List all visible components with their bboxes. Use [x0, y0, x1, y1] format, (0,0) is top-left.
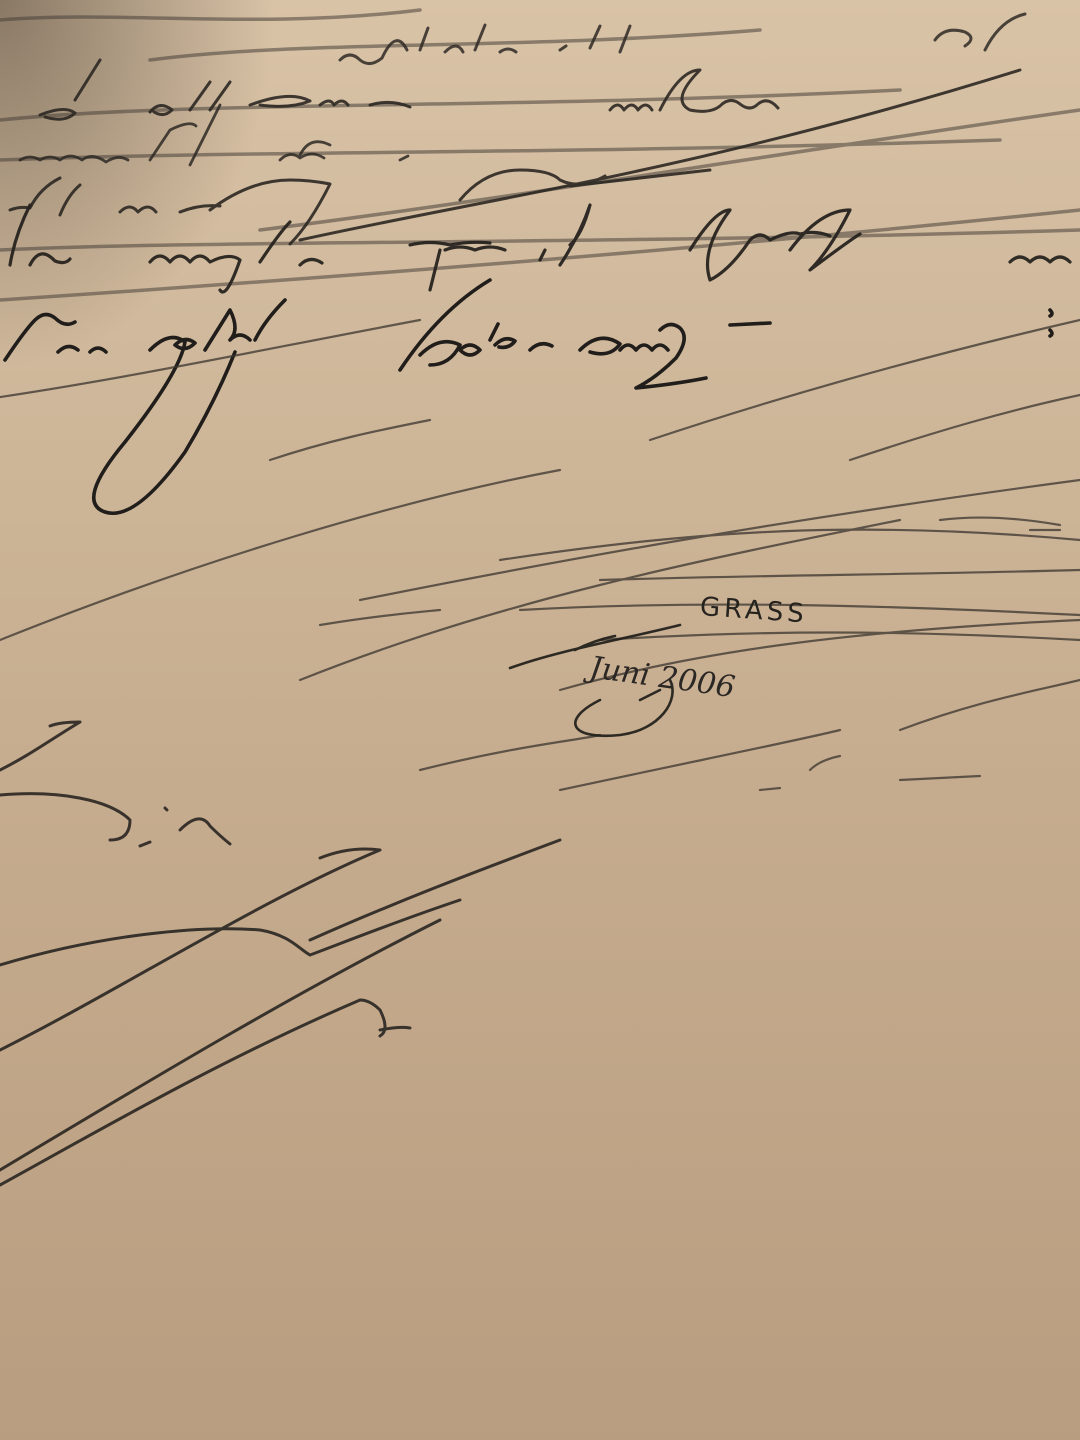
pencil-strokes	[0, 0, 1080, 1440]
paper-sheet: ...und nichts ist an d... ...das soll er…	[0, 0, 1080, 1440]
